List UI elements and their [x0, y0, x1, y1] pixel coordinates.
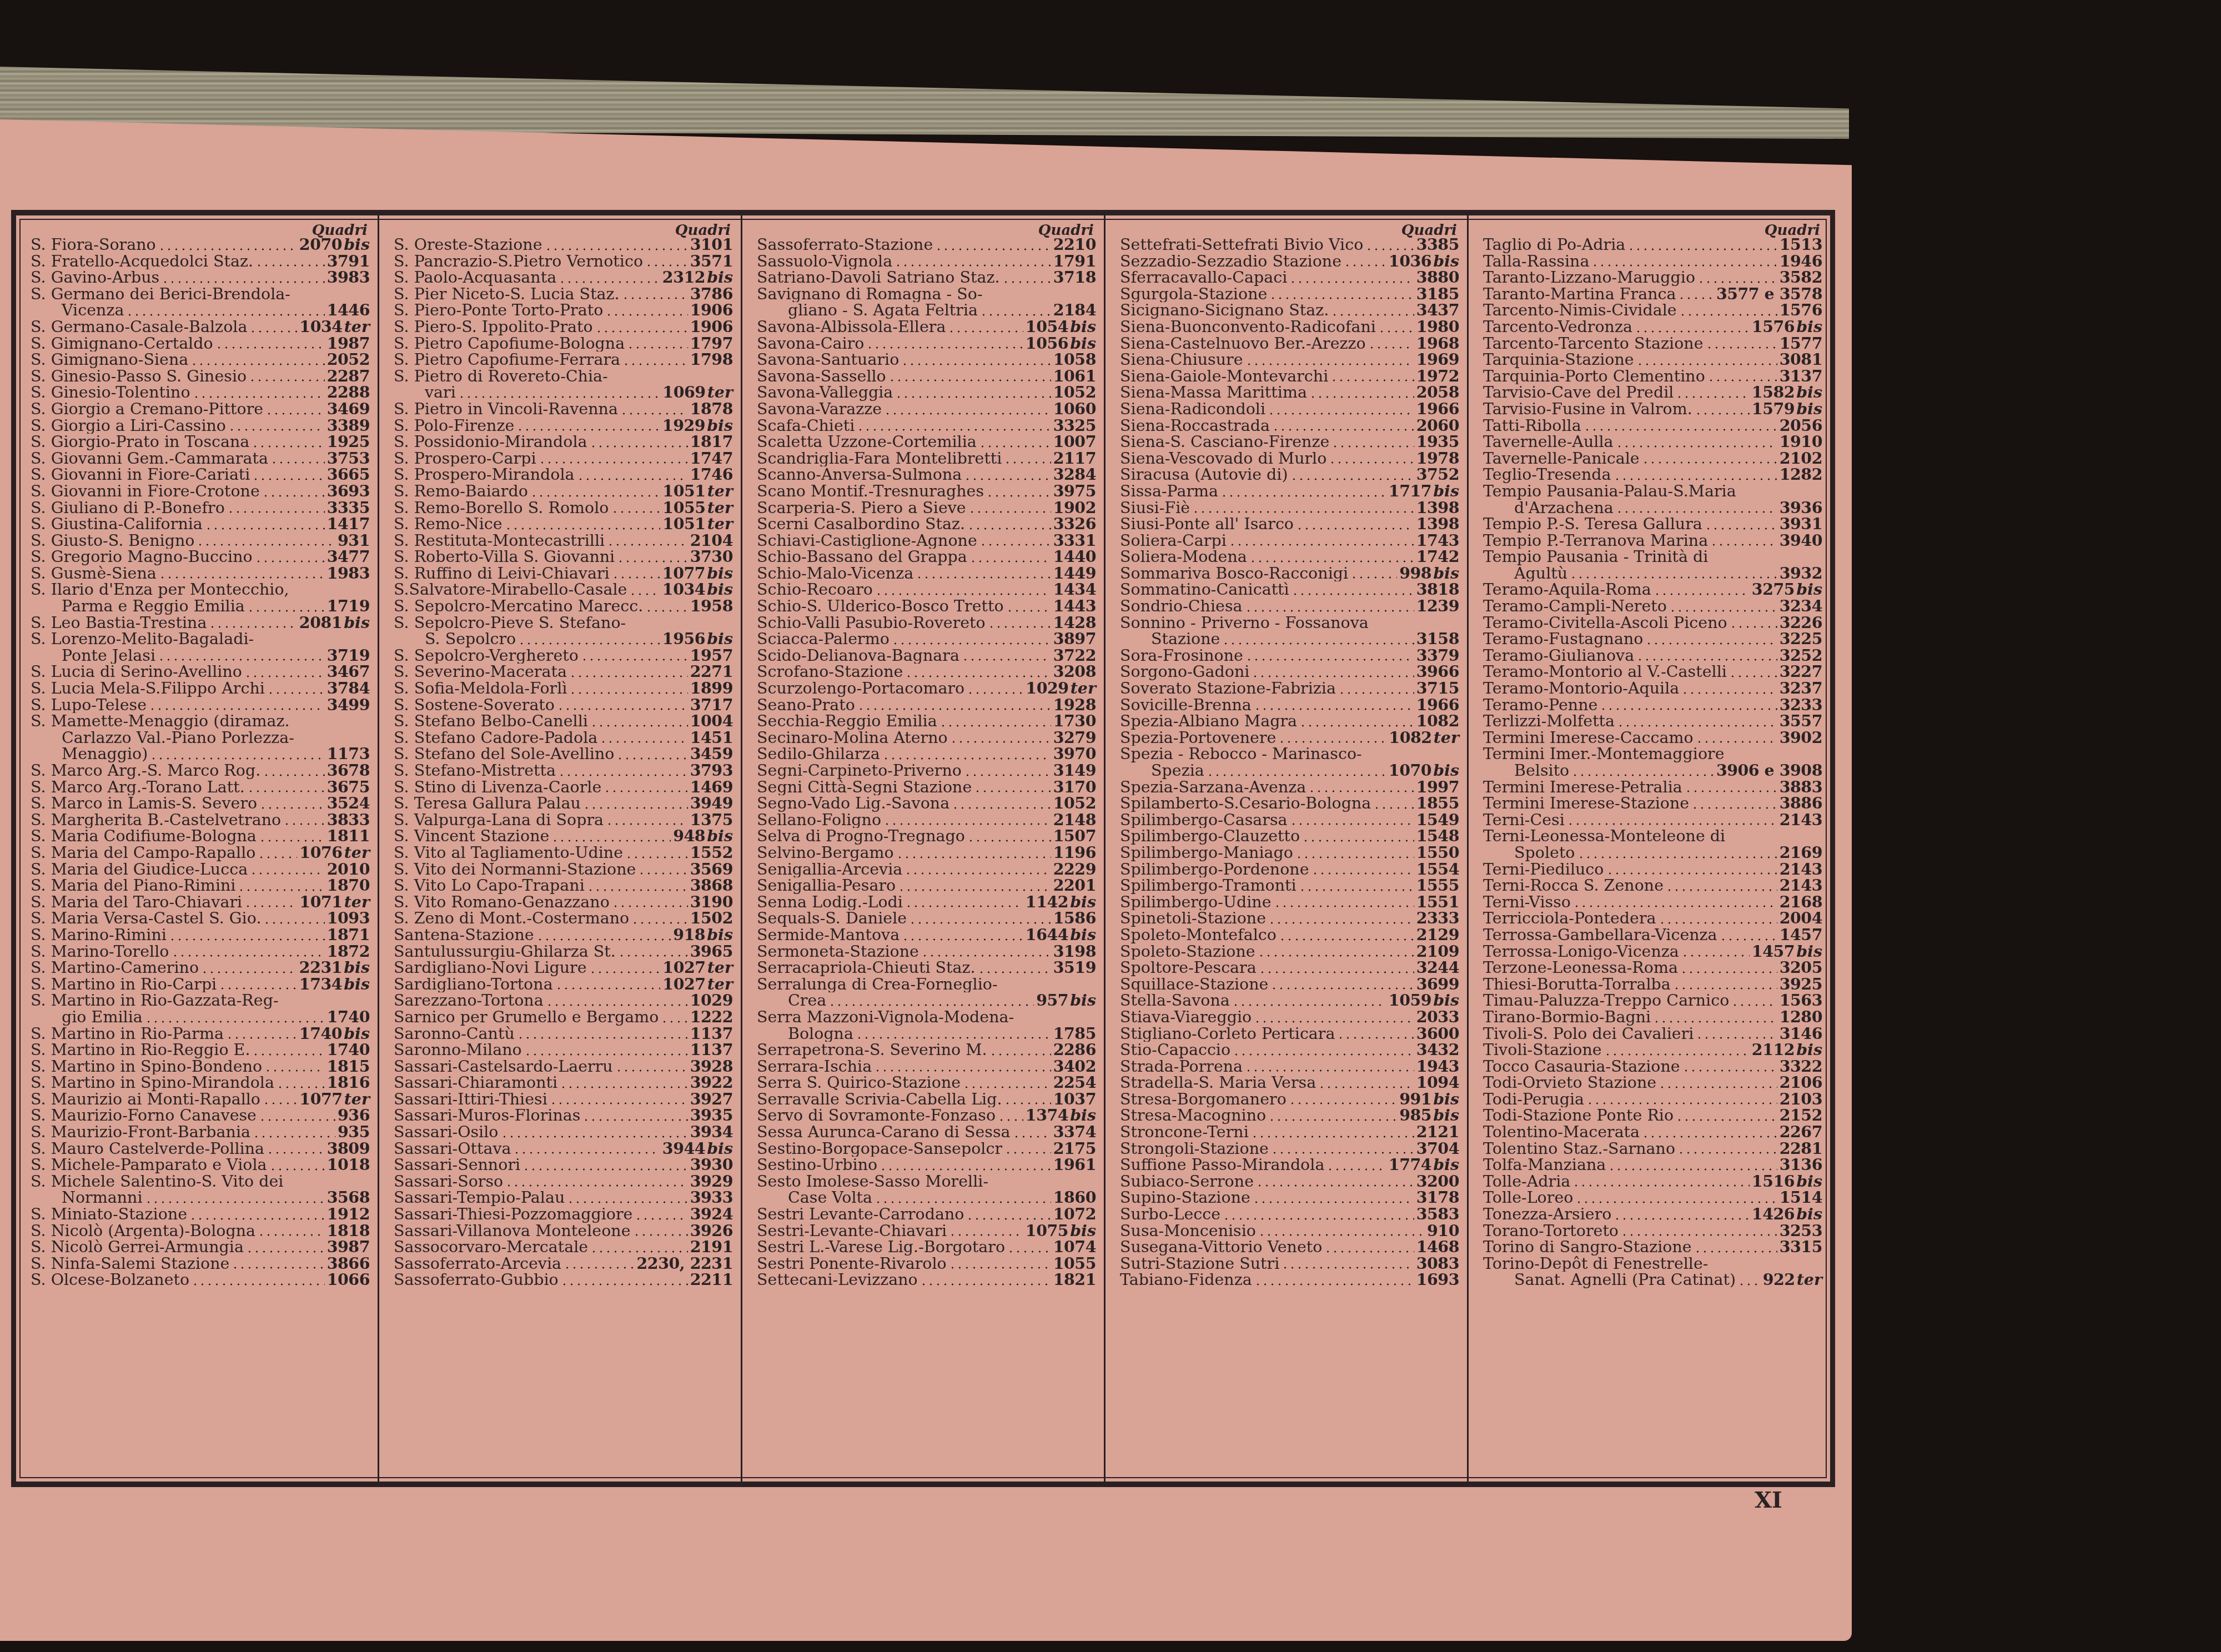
station-name: Sgurgola-Stazione — [1120, 286, 1267, 303]
table-number: 1055 — [662, 500, 705, 516]
station-name: Tarcento-Tarcento Stazione — [1483, 335, 1704, 352]
station-name: Scarperia-S. Piero a Sieve — [757, 500, 966, 516]
table-suffix: bis — [707, 418, 733, 434]
index-entry: Segni Città-Segni Stazione3170 — [757, 779, 1096, 796]
index-entry: Todi-Stazione Ponte Rio2152 — [1483, 1107, 1822, 1124]
dot-leader — [1259, 960, 1414, 976]
index-entry: Teramo-Montorio-Aquila3237 — [1483, 680, 1822, 697]
station-name: Susa-Moncenisio — [1120, 1223, 1256, 1239]
index-entry: Selva di Progno-Tregnago1507 — [757, 828, 1096, 845]
table-number: 1457 — [1780, 927, 1822, 943]
station-name: Teramo-Civitella-Ascoli Piceno — [1483, 615, 1727, 631]
dot-leader — [1731, 993, 1777, 1009]
table-number: 918 — [673, 927, 705, 943]
table-number: 1516 — [1752, 1173, 1795, 1190]
dot-leader — [513, 1141, 660, 1157]
station-name: S.Salvatore-Mirabello-Casale — [394, 581, 627, 598]
table-suffix: ter — [344, 319, 370, 335]
dot-leader — [856, 1026, 1051, 1042]
dot-leader — [259, 1108, 335, 1124]
station-name: S. Gregorio Magno-Buccino — [31, 549, 253, 565]
index-entry: Sommatino-Canicattì3818 — [1120, 581, 1459, 598]
station-name: Sassari-Tempio-Palau — [394, 1189, 565, 1206]
station-name: S. Maurizio ai Monti-Rapallo — [31, 1091, 260, 1108]
index-entry: Tivoli-S. Polo dei Cavalieri3146 — [1483, 1026, 1822, 1042]
dot-leader — [857, 418, 1051, 434]
station-name: Serravalle Scrivia-Cabella Lig. — [757, 1091, 1002, 1108]
station-name: Schio-S. Ulderico-Bosco Tretto — [757, 598, 1004, 615]
station-name: Schio-Malo-Vicenza — [757, 565, 913, 582]
table-number: 3568 — [327, 1189, 370, 1206]
index-entry: Squillace-Stazione3699 — [1120, 976, 1459, 993]
table-number: 1870 — [327, 877, 370, 894]
table-number: 1374 — [1026, 1107, 1068, 1124]
table-number: 1935 — [1416, 434, 1459, 450]
dot-leader — [1312, 861, 1414, 877]
table-number: 3226 — [1780, 615, 1822, 631]
table-number: 1576 — [1752, 319, 1795, 335]
index-entry: Terrossa-Lonigo-Vicenza1457bis — [1483, 943, 1822, 960]
index-entry: Senigallia-Pesaro2201 — [757, 877, 1096, 894]
table-number: 2060 — [1416, 418, 1459, 434]
table-number: 3459 — [690, 746, 733, 762]
dot-leader — [884, 401, 1051, 418]
station-name: S. Piero-S. Ippolito-Prato — [394, 319, 593, 335]
dot-leader — [989, 1042, 1051, 1058]
index-entry: Sora-Frosinone3379 — [1120, 647, 1459, 664]
table-number: 3665 — [327, 466, 370, 483]
dot-leader — [158, 647, 325, 664]
table-number: 1740 — [299, 1026, 342, 1042]
station-name: S. Ruffino di Leivi-Chiavari — [394, 565, 610, 582]
dot-leader — [158, 237, 297, 253]
station-name: Siena-S. Casciano-Firenze — [1120, 434, 1329, 450]
dot-leader — [635, 1207, 687, 1223]
table-number: 3326 — [1053, 516, 1096, 533]
index-entry: S. Vincent Stazione948bis — [394, 828, 733, 845]
table-number: 1815 — [327, 1058, 370, 1075]
dot-leader — [1222, 631, 1414, 647]
station-name: S. Martino in Rio-Carpi — [31, 976, 217, 993]
index-entry: Termini Imerese-Stazione3886 — [1483, 795, 1822, 812]
dot-leader — [1251, 1124, 1414, 1141]
dot-leader — [252, 434, 324, 450]
station-name: S. Paolo-Acquasanta — [394, 269, 556, 286]
station-name: Terni-Leonessa-Monteleone di — [1483, 828, 1725, 845]
station-name: Sestri Levante-Carrodano — [757, 1206, 964, 1223]
dot-leader — [1268, 1108, 1397, 1124]
table-number: 1137 — [690, 1042, 733, 1058]
column-header: Quadri — [394, 223, 733, 237]
index-entry: S. Maria del Giudice-Lucca2010 — [31, 861, 370, 878]
station-name: Santena-Stazione — [394, 927, 534, 943]
index-entry: Sonnino - Priverno - Fossanova — [1120, 615, 1459, 631]
index-entry: Tempio P.-Terranova Marina3940 — [1483, 533, 1822, 549]
station-name: Spoleto-Montefalco — [1120, 927, 1277, 943]
table-number: 3335 — [327, 500, 370, 516]
table-number: 1075 — [1026, 1223, 1068, 1239]
table-number: 1051 — [662, 516, 705, 533]
table-number: 1912 — [327, 1206, 370, 1223]
station-name: S. Vito al Tagliamento-Udine — [394, 845, 623, 861]
table-number: 2288 — [327, 384, 370, 401]
table-suffix: bis — [707, 828, 733, 845]
index-entry: Sellano-Foligno2148 — [757, 812, 1096, 828]
station-name: Sora-Frosinone — [1120, 647, 1243, 664]
index-entry-continuation: Normanni3568 — [31, 1189, 370, 1206]
dot-leader — [1730, 615, 1777, 631]
dot-leader — [197, 533, 335, 549]
station-name: Tolle-Loreo — [1483, 1189, 1573, 1206]
station-name: S. Martino in Rio-Reggio E. — [31, 1042, 250, 1058]
index-entry: Talla-Rassina1946 — [1483, 253, 1822, 270]
table-number: 1071 — [299, 894, 342, 911]
table-number: 3227 — [1780, 664, 1822, 680]
table-number: 1925 — [327, 434, 370, 450]
table-number: 3906 e 3908 — [1716, 762, 1822, 779]
dot-leader — [1245, 1058, 1414, 1074]
dot-leader — [219, 976, 297, 992]
index-entry: S. Maurizio-Front-Barbania935 — [31, 1124, 370, 1141]
station-name: Sarnico per Grumello e Bergamo — [394, 1009, 659, 1026]
station-name: Saronno-Milano — [394, 1042, 522, 1058]
table-number: 1946 — [1780, 253, 1822, 270]
index-entry: S. Roberto-Villa S. Giovanni3730 — [394, 549, 733, 565]
table-number: 3722 — [1053, 647, 1096, 664]
table-number: 1577 — [1780, 335, 1822, 352]
dot-leader — [530, 484, 661, 500]
station-name: gio Emilia — [31, 1009, 143, 1026]
station-name: Sassari-Sorso — [394, 1173, 503, 1190]
column-header: Quadri — [1120, 223, 1459, 237]
station-name: Todi-Orvieto Stazione — [1483, 1074, 1656, 1091]
station-name: Terlizzi-Molfetta — [1483, 713, 1615, 730]
dot-leader — [215, 335, 325, 352]
station-name: S. Giustina-California — [31, 516, 203, 533]
table-number: 998 — [1399, 565, 1431, 582]
dot-leader — [615, 1058, 688, 1074]
dot-leader — [892, 631, 1051, 647]
index-entry: Sassari-Ittiri-Thiesi3927 — [394, 1091, 733, 1108]
dot-leader — [1368, 335, 1414, 352]
table-number: 1957 — [690, 647, 733, 664]
station-name: Tocco Casauria-Stazione — [1483, 1058, 1680, 1075]
dot-leader — [550, 1091, 688, 1107]
dot-leader — [1331, 303, 1414, 319]
station-name: Sassuolo-Vignola — [757, 253, 892, 270]
dot-leader — [250, 861, 325, 877]
dot-leader — [277, 1075, 325, 1091]
table-number: 1375 — [690, 812, 733, 828]
dot-leader — [1223, 1207, 1414, 1223]
index-entry: Spezia-Albiano Magra1082 — [1120, 713, 1459, 730]
index-entry: S. Gregorio Magno-Buccino3477 — [31, 549, 370, 565]
station-name: Spilimbergo-Maniago — [1120, 845, 1293, 861]
index-entry: Scurzolengo-Portacomaro1029ter — [757, 680, 1096, 697]
dot-leader — [1330, 368, 1414, 384]
station-name: Tolentino-Macerata — [1483, 1124, 1640, 1141]
dot-leader — [952, 796, 1051, 812]
table-number: 3170 — [1053, 779, 1096, 796]
table-number: 1058 — [1053, 352, 1096, 368]
station-name: S. Maria Versa-Castel S. Gio. — [31, 910, 261, 927]
table-number: 1502 — [690, 910, 733, 927]
dot-leader — [561, 1272, 688, 1288]
dot-leader — [564, 1256, 634, 1272]
station-name: Torino-Depôt di Fenestrelle- — [1483, 1256, 1709, 1272]
dot-leader — [622, 286, 688, 302]
index-entry: Siena-Castelnuovo Ber.-Arezzo1968 — [1120, 335, 1459, 352]
station-name: Teramo-Campli-Nereto — [1483, 598, 1667, 615]
station-name: Stradella-S. Maria Versa — [1120, 1074, 1316, 1091]
table-number: 2152 — [1780, 1107, 1822, 1124]
station-name: Todi-Stazione Ponte Rio — [1483, 1107, 1674, 1124]
index-entry: S. Mamette-Menaggio (diramaz. — [31, 713, 370, 730]
station-name: Stigliano-Corleto Perticara — [1120, 1026, 1335, 1042]
table-number: 1449 — [1053, 565, 1096, 582]
dot-leader — [517, 1026, 688, 1042]
dot-leader — [828, 993, 1034, 1009]
station-name: Serrara-Ischia — [757, 1058, 872, 1075]
station-name: Tarcento-Vedronza — [1483, 319, 1632, 335]
dot-leader — [247, 599, 325, 615]
dot-leader — [661, 1010, 687, 1026]
station-name: Teramo-Montorio al V.-Castelli — [1483, 664, 1727, 680]
station-name: S. Pietro di Rovereto-Chia- — [394, 368, 608, 385]
table-number: 1550 — [1416, 845, 1459, 861]
dot-leader — [587, 878, 688, 894]
table-number: 3385 — [1416, 237, 1459, 253]
dot-leader — [258, 845, 297, 861]
table-number: 3275 — [1752, 581, 1795, 598]
index-entry: S. Nicolò (Argenta)-Bologna1818 — [31, 1223, 370, 1239]
index-entry: Tarcento-Vedronza1576bis — [1483, 319, 1822, 335]
table-number: 1056 — [1026, 335, 1068, 352]
index-entry: Spilamberto-S.Cesario-Bologna1855 — [1120, 795, 1459, 812]
entry-list: S. Oreste-Stazione3101S. Pancrazio-S.Pie… — [394, 237, 733, 1288]
station-name: Scurzolengo-Portacomaro — [757, 680, 964, 697]
table-suffix: bis — [1070, 1107, 1096, 1124]
dot-leader — [857, 697, 1051, 713]
index-entry: Sassari-Castelsardo-Laerru3928 — [394, 1058, 733, 1075]
table-number: 1034 — [662, 581, 705, 598]
station-name: Talla-Rassina — [1483, 253, 1589, 270]
table-suffix: bis — [1070, 927, 1096, 943]
index-entry: Tolentino-Macerata2267 — [1483, 1124, 1822, 1141]
table-number: 1034 — [299, 319, 342, 335]
station-name: Schio-Bassano del Grappa — [757, 549, 967, 565]
index-entry: S.Salvatore-Mirabello-Casale1034bis — [394, 581, 733, 598]
station-name: Terni-Visso — [1483, 894, 1571, 911]
station-name: Sassari-Osilo — [394, 1124, 499, 1141]
station-name: Spoleto — [1483, 845, 1575, 861]
index-entry: S. Remo-Borello S. Romolo1055ter — [394, 500, 733, 516]
dot-leader — [126, 303, 324, 319]
station-name: Sardigliano-Novi Ligure — [394, 960, 587, 976]
table-number: 3719 — [327, 647, 370, 664]
index-entry: Tolfa-Manziana3136 — [1483, 1157, 1822, 1173]
table-number: 3577 e 3578 — [1716, 286, 1822, 303]
index-entry: Sicignano-Sicignano Staz.3437 — [1120, 302, 1459, 319]
table-number: 3137 — [1780, 368, 1822, 385]
table-number: 3809 — [327, 1141, 370, 1157]
station-name: Sesto Imolese-Sasso Morelli- — [757, 1173, 988, 1190]
station-name: Serralunga di Crea-Forneglio- — [757, 976, 998, 993]
index-entry: Siena-Radicondoli1966 — [1120, 401, 1459, 418]
index-entry: Sequals-S. Daniele1586 — [757, 910, 1096, 927]
station-name: Todi-Perugia — [1483, 1091, 1584, 1108]
station-name: Tavernelle-Panicale — [1483, 450, 1640, 467]
dot-leader — [1296, 516, 1414, 533]
table-number: 2112 — [1752, 1042, 1795, 1058]
station-name: Agultù — [1483, 565, 1567, 582]
station-name: Spilimbergo-Udine — [1120, 894, 1272, 911]
table-suffix: bis — [344, 237, 370, 253]
station-name: Sestino-Borgopace-Sansepolcr — [757, 1141, 1002, 1157]
table-number: 1746 — [690, 466, 733, 483]
table-number: 1730 — [1053, 713, 1096, 730]
station-name: Spilimbergo-Clauzetto — [1120, 828, 1300, 845]
dot-leader — [192, 1272, 325, 1288]
index-entry: S. Vito Lo Capo-Trapani3868 — [394, 877, 733, 894]
index-entry-continuation: Parma e Reggio Emilia1719 — [31, 598, 370, 615]
table-number: 910 — [1427, 1223, 1459, 1239]
index-entry: Teramo-Giulianova3252 — [1483, 647, 1822, 664]
index-entry: Savona-Santuario1058 — [757, 352, 1096, 368]
table-number: 1966 — [1416, 401, 1459, 418]
index-entry: S. Severino-Macerata2271 — [394, 664, 733, 680]
index-entry: S. Stino di Livenza-Caorle1469 — [394, 779, 733, 796]
dot-leader — [1710, 533, 1777, 549]
index-entry: Tatti-Ribolla2056 — [1483, 418, 1822, 434]
index-entry: Siena-Gaiole-Montevarchi1972 — [1120, 368, 1459, 385]
table-suffix: bis — [344, 1026, 370, 1042]
table-number: 1094 — [1416, 1074, 1459, 1091]
dot-leader — [558, 763, 688, 779]
index-entry: Spilimbergo-Udine1551 — [1120, 894, 1459, 911]
table-number: 1469 — [690, 779, 733, 796]
table-number: 3136 — [1780, 1157, 1822, 1173]
table-number: 1082 — [1389, 730, 1431, 746]
index-entry-continuation: vari1069ter — [394, 384, 733, 401]
table-number: 2121 — [1416, 1124, 1459, 1141]
index-entry: Stradella-S. Maria Versa1094 — [1120, 1074, 1459, 1091]
table-number: 3793 — [690, 762, 733, 779]
dot-leader — [505, 1173, 687, 1189]
table-number: 2102 — [1780, 450, 1822, 467]
index-entry: Tirano-Bormio-Bagni1280 — [1483, 1009, 1822, 1026]
table-number: 1142 — [1026, 894, 1068, 911]
index-entry: Savona-Varazze1060 — [757, 401, 1096, 418]
dot-leader — [249, 368, 324, 384]
table-number: 3374 — [1053, 1124, 1096, 1141]
station-name: S. Maria Codifiume-Bologna — [31, 828, 257, 845]
index-entry: Santena-Stazione918bis — [394, 927, 733, 943]
table-number: 1018 — [327, 1157, 370, 1173]
table-number: 1222 — [690, 1009, 733, 1026]
dot-leader — [228, 418, 325, 434]
station-name: Bologna — [757, 1026, 853, 1042]
index-entry: S. Pancrazio-S.Pietro Vernotico3571 — [394, 253, 733, 270]
index-entry: Saronno-Cantù1137 — [394, 1026, 733, 1042]
index-entry: Senna Lodig.-Lodi1142bis — [757, 894, 1096, 911]
table-number: 2143 — [1780, 861, 1822, 878]
table-number: 3936 — [1780, 500, 1822, 516]
dot-leader — [888, 368, 1051, 384]
index-entry: Sassari-Thiesi-Pozzomaggiore3924 — [394, 1206, 733, 1223]
dot-leader — [149, 697, 325, 713]
dot-leader — [264, 1058, 324, 1074]
dot-leader — [269, 1157, 325, 1173]
dot-leader — [590, 434, 688, 450]
table-number: 1440 — [1053, 549, 1096, 565]
index-entry: S. Prospero-Mirandola1746 — [394, 466, 733, 483]
table-suffix: bis — [1433, 253, 1459, 270]
index-entry: Sciacca-Palermo3897 — [757, 631, 1096, 647]
table-number: 3233 — [1780, 697, 1822, 714]
table-number: 931 — [338, 533, 370, 549]
station-name: Santulussurgiu-Ghilarza St. — [394, 943, 616, 960]
table-suffix: bis — [707, 631, 733, 647]
index-entry: Sassari-Osilo3934 — [394, 1124, 733, 1141]
table-number: 2254 — [1053, 1074, 1096, 1091]
index-entry-continuation: S. Sepolcro1956bis — [394, 631, 733, 647]
table-number: 1037 — [1053, 1091, 1096, 1108]
index-entry: Terrossa-Gambellara-Vicenza1457 — [1483, 927, 1822, 943]
table-number: 1980 — [1416, 319, 1459, 335]
table-number: 3205 — [1780, 960, 1822, 976]
index-entry: Teramo-Montorio al V.-Castelli3227 — [1483, 664, 1822, 680]
index-entry: Sessa Aurunca-Carano di Sessa3374 — [757, 1124, 1096, 1141]
dot-leader — [263, 1091, 297, 1107]
dot-leader — [162, 270, 324, 286]
index-entry: Sestri Levante-Carrodano1072 — [757, 1206, 1096, 1223]
dot-leader — [1636, 647, 1777, 664]
dot-leader — [516, 418, 660, 434]
index-entry: S. Teresa Gallura Palau3949 — [394, 795, 733, 812]
dot-leader — [1586, 1091, 1777, 1107]
index-entry: Tolle-Loreo1514 — [1483, 1189, 1822, 1206]
station-name: Supino-Stazione — [1120, 1189, 1250, 1206]
dot-leader — [1614, 467, 1777, 483]
station-name: S. Lorenzo-Melito-Bagaladi- — [31, 631, 254, 647]
page-number: XI — [1755, 1487, 1782, 1513]
table-number: 3524 — [327, 795, 370, 812]
dot-leader — [618, 943, 688, 960]
table-number: 3866 — [327, 1256, 370, 1272]
table-suffix: ter — [707, 384, 733, 401]
table-number: 1817 — [690, 434, 733, 450]
station-name: S. Sepolcro-Pieve S. Stefano- — [394, 615, 626, 631]
table-number: 1906 — [690, 319, 733, 335]
station-name: Terni-Piediluco — [1483, 861, 1604, 878]
table-number: 3678 — [327, 762, 370, 779]
table-suffix: bis — [707, 927, 733, 943]
dot-leader — [555, 976, 661, 992]
dot-leader — [1575, 1190, 1777, 1206]
table-number: 991 — [1399, 1091, 1431, 1108]
table-number: 2184 — [1053, 302, 1096, 319]
table-number: 1070 — [1389, 762, 1431, 779]
index-entry: S. Michele Salentino-S. Vito dei — [31, 1173, 370, 1190]
table-number: 1554 — [1416, 861, 1459, 878]
station-name: Termini Imerese-Petralia — [1483, 779, 1682, 796]
table-suffix: bis — [1433, 1157, 1459, 1173]
table-number: 3569 — [690, 861, 733, 878]
table-number: 2267 — [1780, 1124, 1822, 1141]
index-entry: Timau-Paluzza-Treppo Carnico1563 — [1483, 992, 1822, 1009]
station-name: Segno-Vado Lig.-Savona — [757, 795, 949, 812]
